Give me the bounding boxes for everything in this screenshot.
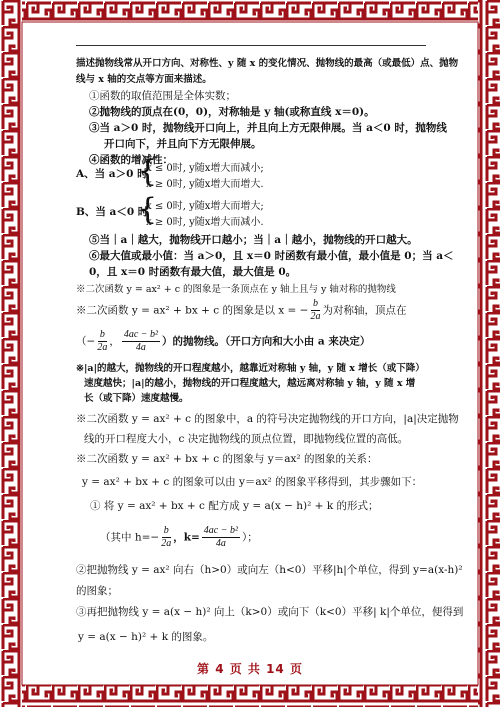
step-3-line-2: y = a(x − h)² + k 的图象。 [78, 630, 213, 644]
step-1-where: （其中 h=−b2a，k=4ac − b²4a）； [100, 525, 258, 550]
property-6-line-2: 0，且 x＝0 时函数有最大值，最大值是 0。 [89, 265, 296, 279]
note-2: ※二次函数 y = ax² + bx + c 的图象是以 x = −b2a为对称… [76, 298, 406, 323]
step-2-line-2: 的图象； [76, 584, 118, 598]
note-2-suffix: 为对称轴，顶点在 [322, 305, 406, 317]
property-3-line-1: ③当 a＞0 时，抛物线开口向上，并且向上方无限伸展。当 a＜0 时，抛物线 [89, 121, 447, 135]
property-1: ①函数的取值范围是全体实数； [89, 89, 236, 103]
note-4-line-1: ※二次函数 y = ax² + c 的图象中，a 的符号决定抛物线的开口方向，|… [76, 412, 459, 426]
case-a-line-1: x ≤ 0时, y随x增大而减小; [146, 159, 264, 174]
note-4-line-2: 线的开口程度大小，c 决定抛物线的顶点位置，即抛物线位置的高低。 [84, 432, 408, 446]
note-2-prefix: ※二次函数 y = ax² + bx + c 的图象是以 x = − [76, 305, 308, 317]
case-a-line-2: x ≥ 0时, y随x增大而增大. [146, 175, 264, 190]
step-1: ① 将 y = ax² + bx + c 配方成 y = a(x − h)² +… [90, 499, 379, 513]
axis-fraction: b2a [310, 298, 320, 323]
case-b-line-1: x ≤ 0时, y随x增大而增大; [146, 197, 264, 212]
note-3-line-1: ※|a|的越大，抛物线的开口程度越小，越靠近对称轴 y 轴，y 随 x 增长（或… [76, 362, 425, 376]
steps-intro: y = ax² + bx + c 的图象可以由 y＝ax² 的图象平移得到，其步… [82, 475, 422, 489]
property-2: ②抛物线的顶点在(0，0)，对称轴是 y 轴(或称直线 x＝0)。 [89, 105, 375, 119]
intro-line-2: 线与 x 轴的交点等方面来描述。 [76, 73, 212, 87]
case-b-line-2: x ≥ 0时, y随x增大而减小. [146, 213, 264, 228]
header-rule [76, 45, 426, 46]
note-1: ※二次函数 y = ax² + c 的图象是一条顶点在 y 轴上且与 y 轴对称… [76, 283, 396, 297]
property-5: ⑤当｜a｜越大，抛物线开口越小；当｜a｜越小，抛物线的开口越大。 [89, 233, 418, 247]
note-3-line-3: 长（或下降）速度越慢。 [84, 392, 189, 406]
vertex-x-fraction: b2a [97, 329, 107, 354]
step-2-line-1: ②把抛物线 y = ax² 向右（h>0）或向左（h<0）平移|h|个单位，得到… [76, 563, 463, 577]
k-fraction: 4ac − b²4a [202, 525, 240, 550]
property-6-line-1: ⑥最大值或最小值：当 a＞0，且 x＝0 时函数有最小值，最小值是 0；当 a＜ [89, 249, 454, 263]
note-3-line-2: 速度越快；|a|的越小，抛物线的开口程度越大，越远离对称轴 y 轴，y 随 x … [84, 377, 415, 391]
step-3-line-1: ③再把抛物线 y = a(x − h)² 向上（k>0）或向下（k<0）平移| … [76, 605, 463, 619]
vertex-y-fraction: 4ac − b²4a [122, 329, 160, 354]
vertex-line: （−b2a，4ac − b²4a）的抛物线。（开口方向和大小由 a 来决定） [76, 329, 370, 354]
intro-line-1: 描述抛物线常从开口方向、对称性、y 随 x 的变化情况、抛物线的最高（或最低）点… [76, 57, 458, 71]
note-5: ※二次函数 y = ax² + bx + c 的图象与 y＝ax² 的图象的关系… [76, 452, 377, 466]
h-fraction: b2a [161, 525, 171, 550]
property-3-line-2: 开口向下，并且向下方无限伸展。 [104, 137, 262, 151]
case-a-label: A、当 a＞0 时 [76, 167, 148, 181]
page-number: 第 4 页 共 14 页 [0, 660, 500, 677]
